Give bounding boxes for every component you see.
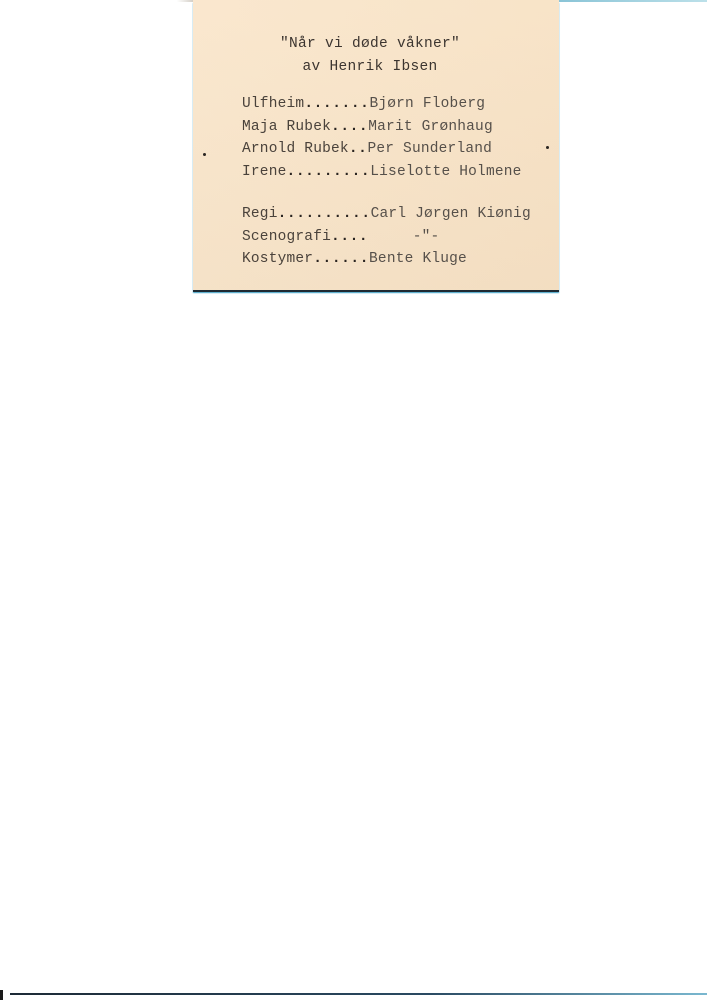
cast-row: Maja Rubek....Marit Grønhaug	[242, 116, 531, 139]
role-label: Kostymer	[242, 251, 313, 267]
dot-leader: ..........	[278, 206, 371, 222]
cast-row: Ulfheim.......Bjørn Floberg	[242, 93, 531, 116]
actor-name: Bjørn Floberg	[369, 96, 485, 112]
role-label: Maja Rubek	[242, 119, 331, 135]
dot-leader: .........	[287, 164, 371, 180]
group-separator	[242, 183, 531, 203]
dot-leader: .......	[304, 96, 369, 112]
crew-row: Scenografi.... -"-	[242, 226, 531, 249]
punch-hole-left	[203, 153, 206, 156]
crew-name: Carl Jørgen Kiønig	[371, 206, 531, 222]
role-label: Arnold Rubek	[242, 141, 349, 157]
play-title: "Når vi døde våkner"	[181, 33, 559, 56]
cast-row: Irene.........Liselotte Holmene	[242, 161, 531, 184]
dot-leader: ......	[313, 251, 369, 267]
role-label: Regi	[242, 206, 278, 222]
role-label: Irene	[242, 164, 287, 180]
punch-hole-right	[546, 146, 549, 149]
crew-row: Regi..........Carl Jørgen Kiønig	[242, 203, 531, 226]
title-block: "Når vi døde våkner" av Henrik Ibsen	[193, 33, 559, 79]
actor-name: Liselotte Holmene	[370, 164, 521, 180]
scan-bottom-edge	[10, 993, 707, 995]
dot-leader: ..	[349, 141, 368, 157]
crew-name: Bente Kluge	[369, 251, 467, 267]
program-card: "Når vi døde våkner" av Henrik Ibsen Ulf…	[193, 0, 559, 290]
credits-list: Ulfheim.......Bjørn Floberg Maja Rubek..…	[242, 93, 531, 271]
dot-leader: ....	[331, 119, 368, 135]
dot-leader: ....	[331, 229, 368, 245]
actor-name: Marit Grønhaug	[368, 119, 493, 135]
scan-corner-mark	[0, 990, 3, 1000]
cast-row: Arnold Rubek..Per Sunderland	[242, 138, 531, 161]
crew-row: Kostymer......Bente Kluge	[242, 248, 531, 271]
author-line: av Henrik Ibsen	[181, 56, 559, 79]
actor-name: Per Sunderland	[367, 141, 492, 157]
role-label: Scenografi	[242, 229, 331, 245]
role-label: Ulfheim	[242, 96, 304, 112]
crew-name: -"-	[368, 229, 439, 245]
